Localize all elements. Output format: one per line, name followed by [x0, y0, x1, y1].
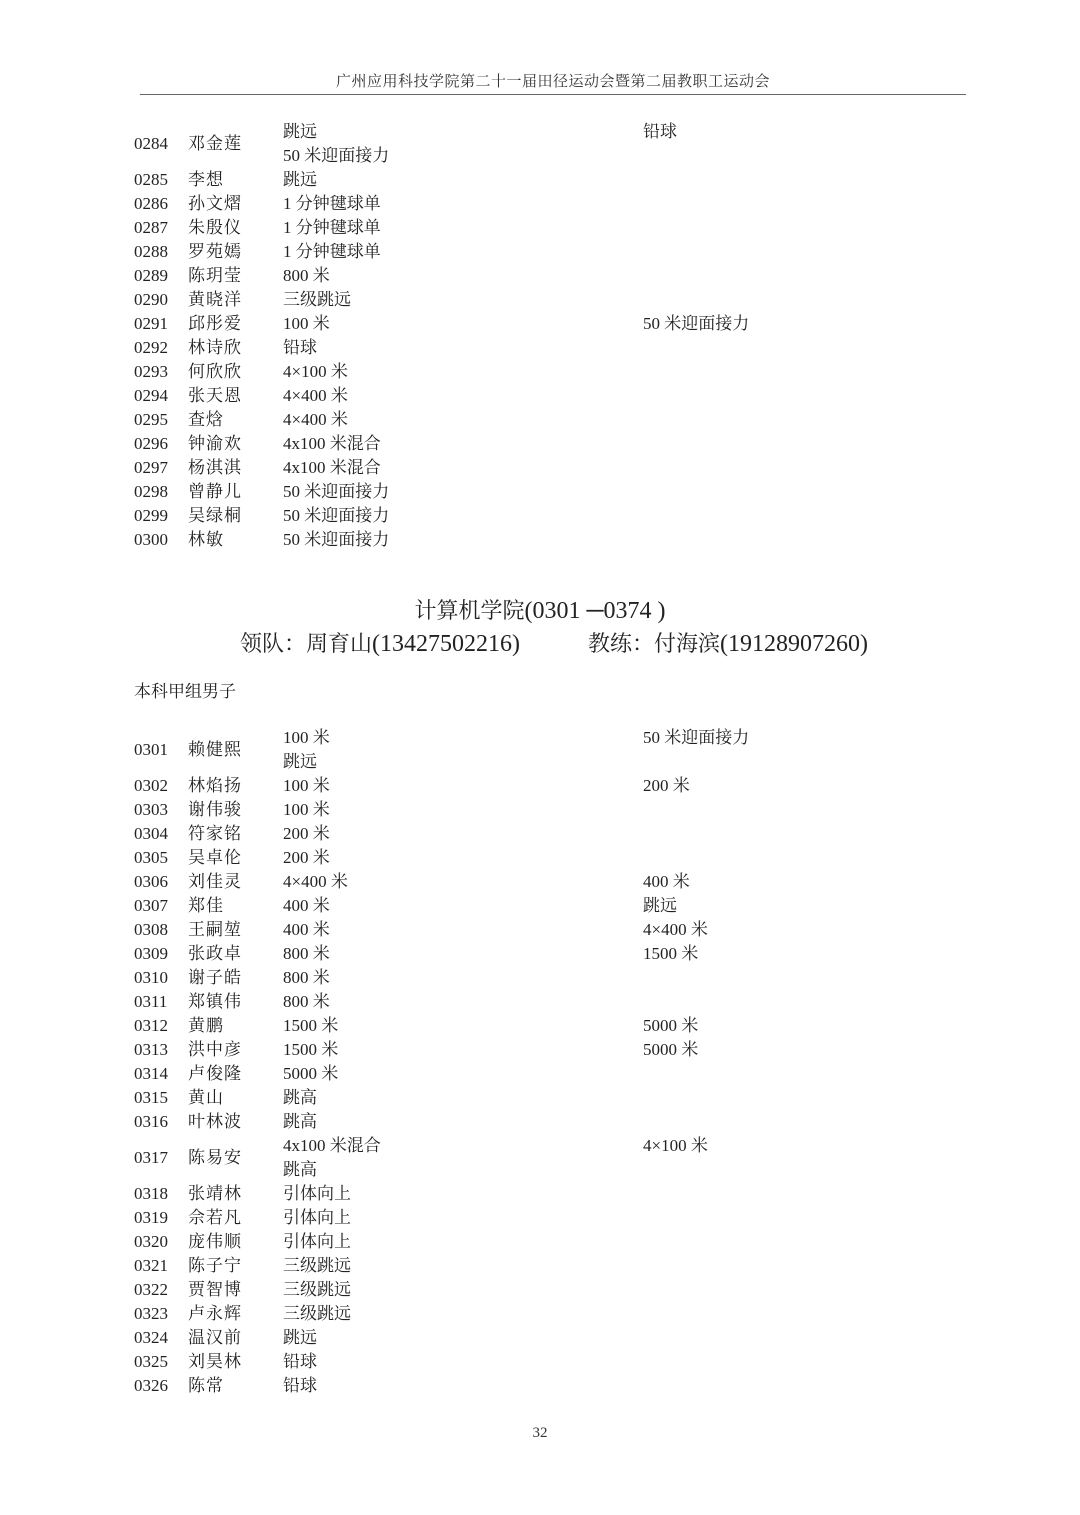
event-item: 100 米 — [283, 726, 330, 750]
primary-events: 1 分钟毽球单 — [283, 192, 381, 216]
athlete-row: 0315黄山跳高 — [0, 1086, 1080, 1110]
primary-events: 400 米 — [283, 918, 330, 942]
athlete-name: 杨淇淇 — [188, 456, 242, 480]
primary-events: 4×400 米 — [283, 384, 348, 408]
primary-events: 铅球 — [283, 1350, 317, 1374]
secondary-events: 跳远 — [643, 894, 677, 918]
athlete-name: 郑佳 — [188, 894, 224, 918]
athlete-name: 庞伟顺 — [188, 1230, 242, 1254]
event-item: 50 米迎面接力 — [643, 312, 749, 336]
event-item: 800 米 — [283, 264, 330, 288]
athlete-name: 朱殷仪 — [188, 216, 242, 240]
group-label: 本科甲组男子 — [134, 680, 236, 704]
athlete-row: 0296钟渝欢4x100 米混合 — [0, 432, 1080, 456]
primary-events: 4×400 米 — [283, 408, 348, 432]
athlete-number: 0312 — [134, 1014, 168, 1038]
event-item: 50 米迎面接力 — [283, 504, 389, 528]
event-item: 跳高 — [283, 1158, 381, 1182]
athlete-row: 0286孙文熠1 分钟毽球单 — [0, 192, 1080, 216]
event-item: 引体向上 — [283, 1182, 351, 1206]
athlete-name: 吴卓伦 — [188, 846, 242, 870]
athlete-name: 张天恩 — [188, 384, 242, 408]
athlete-row: 0290黄晓洋三级跳远 — [0, 288, 1080, 312]
athlete-row: 0284邓金莲跳远50 米迎面接力铅球 — [0, 120, 1080, 168]
athlete-name: 卢俊隆 — [188, 1062, 242, 1086]
athlete-row: 0326陈常铅球 — [0, 1374, 1080, 1398]
athlete-number: 0323 — [134, 1302, 168, 1326]
event-item: 1 分钟毽球单 — [283, 192, 381, 216]
page-number: 32 — [0, 1425, 1080, 1442]
athlete-number: 0292 — [134, 336, 168, 360]
athlete-row: 0305吴卓伦200 米 — [0, 846, 1080, 870]
event-item: 100 米 — [283, 312, 330, 336]
event-item: 4x100 米混合 — [283, 456, 381, 480]
athlete-row: 0323卢永辉三级跳远 — [0, 1302, 1080, 1326]
athlete-number: 0319 — [134, 1206, 168, 1230]
athlete-number: 0315 — [134, 1086, 168, 1110]
event-item: 三级跳远 — [283, 1254, 351, 1278]
primary-events: 100 米跳远 — [283, 726, 330, 774]
athlete-row: 0295查焓4×400 米 — [0, 408, 1080, 432]
athlete-number: 0297 — [134, 456, 168, 480]
coach-name: 教练：付海滨 — [588, 632, 720, 657]
leader-phone: (13427502216) — [372, 631, 520, 657]
primary-events: 800 米 — [283, 942, 330, 966]
athlete-number: 0291 — [134, 312, 168, 336]
event-item: 100 米 — [283, 774, 330, 798]
athlete-number: 0325 — [134, 1350, 168, 1374]
primary-events: 4x100 米混合跳高 — [283, 1134, 381, 1182]
secondary-events: 4×400 米 — [643, 918, 708, 942]
event-item: 引体向上 — [283, 1206, 351, 1230]
event-item: 200 米 — [283, 822, 330, 846]
event-item: 4×400 米 — [283, 870, 348, 894]
event-item: 三级跳远 — [283, 1278, 351, 1302]
athlete-name: 林焰扬 — [188, 774, 242, 798]
primary-events: 1500 米 — [283, 1014, 338, 1038]
event-item: 50 米迎面接力 — [283, 144, 389, 168]
primary-events: 200 米 — [283, 822, 330, 846]
athlete-name: 陈易安 — [188, 1146, 242, 1170]
primary-events: 跳高 — [283, 1110, 317, 1134]
athlete-row: 0304符家铭200 米 — [0, 822, 1080, 846]
athlete-name: 佘若凡 — [188, 1206, 242, 1230]
event-item: 400 米 — [283, 894, 330, 918]
athlete-row: 0299吴绿桐50 米迎面接力 — [0, 504, 1080, 528]
athlete-number: 0307 — [134, 894, 168, 918]
athlete-name: 钟渝欢 — [188, 432, 242, 456]
header-divider — [140, 94, 966, 95]
athlete-name: 孙文熠 — [188, 192, 242, 216]
event-item: 400 米 — [283, 918, 330, 942]
primary-events: 铅球 — [283, 1374, 317, 1398]
athlete-name: 曾静儿 — [188, 480, 242, 504]
athlete-row: 0301赖健熙100 米跳远50 米迎面接力 — [0, 726, 1080, 774]
event-item: 跳高 — [283, 1086, 317, 1110]
athlete-row: 0289陈玥莹800 米 — [0, 264, 1080, 288]
athlete-name: 陈子宁 — [188, 1254, 242, 1278]
primary-events: 4x100 米混合 — [283, 456, 381, 480]
athlete-name: 黄晓洋 — [188, 288, 242, 312]
primary-events: 5000 米 — [283, 1062, 338, 1086]
athlete-name: 贾智博 — [188, 1278, 242, 1302]
athlete-number: 0326 — [134, 1374, 168, 1398]
event-item: 跳远 — [283, 750, 330, 774]
athlete-name: 卢永辉 — [188, 1302, 242, 1326]
event-item: 50 米迎面接力 — [283, 480, 389, 504]
athlete-row: 0320庞伟顺引体向上 — [0, 1230, 1080, 1254]
athlete-number: 0301 — [134, 738, 168, 762]
athlete-number: 0310 — [134, 966, 168, 990]
athlete-row: 0316叶林波跳高 — [0, 1110, 1080, 1134]
athlete-row: 0285李想跳远 — [0, 168, 1080, 192]
athlete-row: 0298曾静儿50 米迎面接力 — [0, 480, 1080, 504]
athlete-number: 0303 — [134, 798, 168, 822]
athlete-name: 郑镇伟 — [188, 990, 242, 1014]
athlete-number: 0299 — [134, 504, 168, 528]
athlete-row: 0318张靖林引体向上 — [0, 1182, 1080, 1206]
secondary-events: 200 米 — [643, 774, 690, 798]
event-item: 1500 米 — [643, 942, 698, 966]
event-item: 4x100 米混合 — [283, 1134, 381, 1158]
event-item: 200 米 — [283, 846, 330, 870]
primary-events: 4×100 米 — [283, 360, 348, 384]
athlete-row: 0297杨淇淇4x100 米混合 — [0, 456, 1080, 480]
primary-events: 1500 米 — [283, 1038, 338, 1062]
athlete-name: 符家铭 — [188, 822, 242, 846]
primary-events: 50 米迎面接力 — [283, 480, 389, 504]
event-item: 跳远 — [283, 168, 317, 192]
athlete-number: 0316 — [134, 1110, 168, 1134]
athlete-name: 张靖林 — [188, 1182, 242, 1206]
primary-events: 铅球 — [283, 336, 317, 360]
event-item: 4x100 米混合 — [283, 432, 381, 456]
primary-events: 引体向上 — [283, 1206, 351, 1230]
event-item: 5000 米 — [643, 1014, 698, 1038]
athlete-name: 查焓 — [188, 408, 224, 432]
team-leader: 领队：周育山(13427502216) — [240, 628, 520, 661]
event-item: 4×400 米 — [283, 384, 348, 408]
athlete-name: 李想 — [188, 168, 224, 192]
athlete-number: 0290 — [134, 288, 168, 312]
section-range: (0301 ─0374 ) — [525, 598, 666, 624]
event-item: 三级跳远 — [283, 1302, 351, 1326]
athlete-row: 0317陈易安4x100 米混合跳高4×100 米 — [0, 1134, 1080, 1182]
athlete-number: 0314 — [134, 1062, 168, 1086]
athlete-number: 0294 — [134, 384, 168, 408]
event-item: 跳高 — [283, 1110, 317, 1134]
athlete-row: 0309张政卓800 米1500 米 — [0, 942, 1080, 966]
event-item: 400 米 — [643, 870, 690, 894]
event-item: 100 米 — [283, 798, 330, 822]
primary-events: 引体向上 — [283, 1230, 351, 1254]
athlete-row: 0292林诗欣铅球 — [0, 336, 1080, 360]
event-item: 跳远 — [283, 120, 389, 144]
athlete-name: 邱彤爱 — [188, 312, 242, 336]
secondary-events: 铅球 — [643, 120, 677, 144]
primary-events: 三级跳远 — [283, 288, 351, 312]
athlete-number: 0311 — [134, 990, 167, 1014]
athlete-row: 0308王嗣堃400 米4×400 米 — [0, 918, 1080, 942]
secondary-events: 50 米迎面接力 — [643, 726, 749, 750]
primary-events: 800 米 — [283, 990, 330, 1014]
event-item: 1 分钟毽球单 — [283, 240, 381, 264]
primary-events: 三级跳远 — [283, 1254, 351, 1278]
secondary-events: 4×100 米 — [643, 1134, 708, 1158]
section-title: 计算机学院(0301 ─0374 ) — [0, 596, 1080, 627]
event-item: 1 分钟毽球单 — [283, 216, 381, 240]
athlete-row: 0324温汉前跳远 — [0, 1326, 1080, 1350]
athlete-row: 0303谢伟骏100 米 — [0, 798, 1080, 822]
event-item: 4×100 米 — [283, 360, 348, 384]
athlete-number: 0304 — [134, 822, 168, 846]
athlete-row: 0300林敏50 米迎面接力 — [0, 528, 1080, 552]
athlete-name: 刘昊林 — [188, 1350, 242, 1374]
primary-events: 1 分钟毽球单 — [283, 216, 381, 240]
coach-phone: (19128907260) — [720, 631, 868, 657]
event-item: 铅球 — [283, 1350, 317, 1374]
athlete-number: 0317 — [134, 1146, 168, 1170]
athlete-number: 0288 — [134, 240, 168, 264]
athlete-number: 0285 — [134, 168, 168, 192]
primary-events: 200 米 — [283, 846, 330, 870]
athlete-row: 0294张天恩4×400 米 — [0, 384, 1080, 408]
athlete-number: 0309 — [134, 942, 168, 966]
athlete-number: 0313 — [134, 1038, 168, 1062]
athlete-name: 温汉前 — [188, 1326, 242, 1350]
event-item: 跳远 — [283, 1326, 317, 1350]
primary-events: 4×400 米 — [283, 870, 348, 894]
athlete-row: 0302林焰扬100 米200 米 — [0, 774, 1080, 798]
primary-events: 400 米 — [283, 894, 330, 918]
event-item: 1500 米 — [283, 1038, 338, 1062]
section-name: 计算机学院 — [414, 599, 524, 624]
event-item: 800 米 — [283, 966, 330, 990]
primary-events: 1 分钟毽球单 — [283, 240, 381, 264]
event-item: 800 米 — [283, 942, 330, 966]
primary-events: 800 米 — [283, 966, 330, 990]
athlete-number: 0284 — [134, 132, 168, 156]
athlete-row: 0322贾智博三级跳远 — [0, 1278, 1080, 1302]
athlete-row: 0311郑镇伟800 米 — [0, 990, 1080, 1014]
athlete-number: 0308 — [134, 918, 168, 942]
page-header: 广州应用科技学院第二十一届田径运动会暨第二届教职工运动会 — [140, 70, 966, 91]
event-item: 50 米迎面接力 — [643, 726, 749, 750]
secondary-events: 400 米 — [643, 870, 690, 894]
athlete-name: 林诗欣 — [188, 336, 242, 360]
primary-events: 引体向上 — [283, 1182, 351, 1206]
athlete-row: 0314卢俊隆5000 米 — [0, 1062, 1080, 1086]
athlete-number: 0302 — [134, 774, 168, 798]
event-item: 5000 米 — [283, 1062, 338, 1086]
primary-events: 三级跳远 — [283, 1302, 351, 1326]
athlete-number: 0296 — [134, 432, 168, 456]
athlete-number: 0289 — [134, 264, 168, 288]
athlete-name: 谢子皓 — [188, 966, 242, 990]
primary-events: 跳高 — [283, 1086, 317, 1110]
athlete-name: 黄鹏 — [188, 1014, 224, 1038]
event-item: 铅球 — [283, 1374, 317, 1398]
athlete-name: 林敏 — [188, 528, 224, 552]
event-item: 200 米 — [643, 774, 690, 798]
primary-events: 三级跳远 — [283, 1278, 351, 1302]
secondary-events: 5000 米 — [643, 1038, 698, 1062]
athlete-row: 0313洪中彦1500 米5000 米 — [0, 1038, 1080, 1062]
primary-events: 跳远 — [283, 1326, 317, 1350]
athlete-number: 0286 — [134, 192, 168, 216]
athlete-name: 陈玥莹 — [188, 264, 242, 288]
athlete-number: 0305 — [134, 846, 168, 870]
event-item: 4×100 米 — [643, 1134, 708, 1158]
athlete-number: 0324 — [134, 1326, 168, 1350]
athlete-row: 0288罗苑嫣1 分钟毽球单 — [0, 240, 1080, 264]
athlete-number: 0298 — [134, 480, 168, 504]
athlete-row: 0287朱殷仪1 分钟毽球单 — [0, 216, 1080, 240]
athlete-row: 0312黄鹏1500 米5000 米 — [0, 1014, 1080, 1038]
athlete-name: 叶林波 — [188, 1110, 242, 1134]
athlete-row: 0321陈子宁三级跳远 — [0, 1254, 1080, 1278]
athlete-row: 0307郑佳400 米跳远 — [0, 894, 1080, 918]
secondary-events: 1500 米 — [643, 942, 698, 966]
athlete-name: 洪中彦 — [188, 1038, 242, 1062]
athlete-name: 邓金莲 — [188, 132, 242, 156]
event-item: 4×400 米 — [643, 918, 708, 942]
athlete-row: 0319佘若凡引体向上 — [0, 1206, 1080, 1230]
primary-events: 50 米迎面接力 — [283, 528, 389, 552]
athlete-row: 0291邱彤爱100 米50 米迎面接力 — [0, 312, 1080, 336]
athlete-number: 0295 — [134, 408, 168, 432]
event-item: 引体向上 — [283, 1230, 351, 1254]
event-item: 1500 米 — [283, 1014, 338, 1038]
athlete-number: 0320 — [134, 1230, 168, 1254]
athlete-name: 赖健熙 — [188, 738, 242, 762]
athlete-name: 罗苑嫣 — [188, 240, 242, 264]
event-item: 跳远 — [643, 894, 677, 918]
event-item: 50 米迎面接力 — [283, 528, 389, 552]
athlete-number: 0306 — [134, 870, 168, 894]
athlete-row: 0293何欣欣4×100 米 — [0, 360, 1080, 384]
event-item: 铅球 — [283, 336, 317, 360]
team-coach: 教练：付海滨(19128907260) — [588, 628, 868, 661]
primary-events: 100 米 — [283, 774, 330, 798]
athlete-name: 吴绿桐 — [188, 504, 242, 528]
athlete-number: 0322 — [134, 1278, 168, 1302]
primary-events: 4x100 米混合 — [283, 432, 381, 456]
event-item: 5000 米 — [643, 1038, 698, 1062]
primary-events: 100 米 — [283, 312, 330, 336]
athlete-number: 0318 — [134, 1182, 168, 1206]
event-item: 800 米 — [283, 990, 330, 1014]
athlete-number: 0287 — [134, 216, 168, 240]
secondary-events: 50 米迎面接力 — [643, 312, 749, 336]
athlete-name: 王嗣堃 — [188, 918, 242, 942]
athlete-row: 0325刘昊林铅球 — [0, 1350, 1080, 1374]
event-item: 三级跳远 — [283, 288, 351, 312]
athlete-name: 谢伟骏 — [188, 798, 242, 822]
leader-name: 领队：周育山 — [240, 632, 372, 657]
athlete-number: 0300 — [134, 528, 168, 552]
primary-events: 50 米迎面接力 — [283, 504, 389, 528]
event-item: 铅球 — [643, 120, 677, 144]
athlete-number: 0321 — [134, 1254, 168, 1278]
primary-events: 跳远50 米迎面接力 — [283, 120, 389, 168]
athlete-name: 刘佳灵 — [188, 870, 242, 894]
event-item: 4×400 米 — [283, 408, 348, 432]
athlete-name: 张政卓 — [188, 942, 242, 966]
athlete-row: 0306刘佳灵4×400 米400 米 — [0, 870, 1080, 894]
primary-events: 800 米 — [283, 264, 330, 288]
athlete-number: 0293 — [134, 360, 168, 384]
secondary-events: 5000 米 — [643, 1014, 698, 1038]
athlete-row: 0310谢子皓800 米 — [0, 966, 1080, 990]
athlete-name: 何欣欣 — [188, 360, 242, 384]
primary-events: 跳远 — [283, 168, 317, 192]
athlete-name: 黄山 — [188, 1086, 224, 1110]
primary-events: 100 米 — [283, 798, 330, 822]
athlete-name: 陈常 — [188, 1374, 224, 1398]
